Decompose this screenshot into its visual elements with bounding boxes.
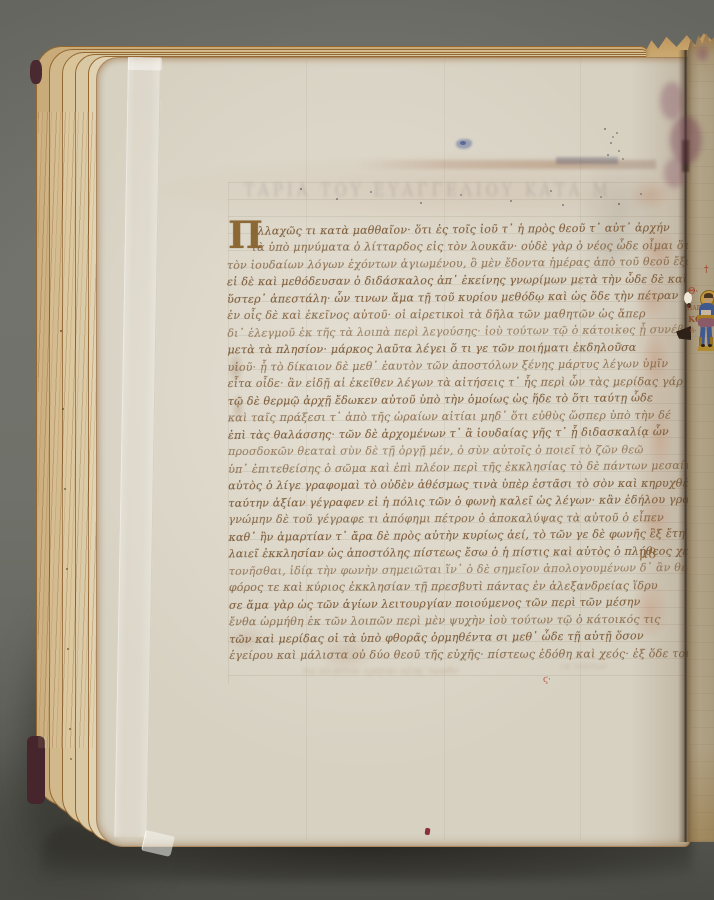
- red-letter-note: Θ·: [688, 287, 698, 297]
- red-cross-mark: †: [704, 265, 709, 275]
- evangelist-foot: [708, 344, 712, 347]
- evangelist-hair: [704, 293, 713, 298]
- ink-specks: [604, 128, 606, 130]
- fore-edge-striations: [38, 112, 96, 748]
- evangelist-lap: [698, 318, 714, 327]
- pricking-holes: [60, 330, 62, 332]
- evangelist-foot: [701, 344, 705, 347]
- mold-stain: [697, 46, 708, 61]
- rust-specks: [618, 300, 620, 302]
- photograph-of-open-codex: ΤΑΡΙΑ ΤΟΥ ΕΥΑΓΓΕΛΙΟΥ ΚΑΤΑ Μ Π ολλαχῶς τι…: [0, 0, 714, 900]
- blue-pigment-smudge: [460, 141, 466, 145]
- strip-top-fold: [128, 57, 162, 71]
- ink-specks: [300, 188, 302, 190]
- red-letter-note: ϐ·: [690, 327, 696, 335]
- mold-stain: [670, 116, 702, 164]
- illuminated-initial: Π: [228, 217, 263, 254]
- evangelist-footstool: [697, 346, 714, 351]
- offset-text-ghost: εκ τουτων: [560, 662, 655, 672]
- faded-title-ghost: ΤΑΡΙΑ ΤΟΥ ΕΥΑΓΓΕΛΙΟΥ ΚΑΤΑ Μ: [244, 180, 648, 210]
- book-cover-edge: [30, 60, 42, 84]
- ink-offset-streak: [556, 157, 618, 164]
- mold-stain: [660, 82, 684, 120]
- red-margin-note: ϛ·: [543, 675, 551, 685]
- manuscript-text-block: ολλαχῶς τι κατὰ μαθθαῖον· ὅτι ἐς τοῖς ἰο…: [227, 220, 670, 665]
- margin-monogram: μϐ: [639, 546, 657, 563]
- mold-stain: [664, 158, 686, 188]
- offset-text-ghost: τω πλησιον ερηται ολης τωνδε: [302, 666, 572, 677]
